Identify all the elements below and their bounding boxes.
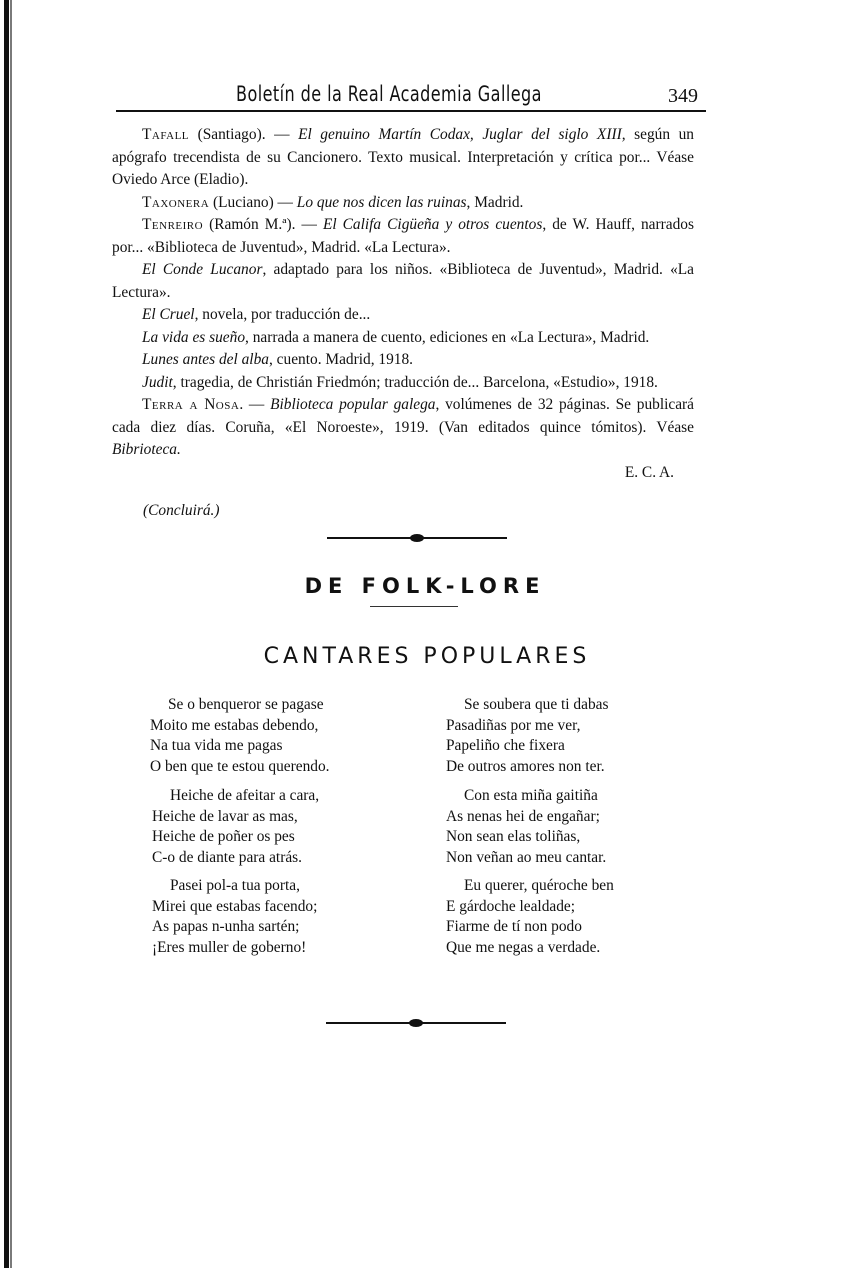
stanza-3: Heiche de afeitar a cara, Heiche de lava… — [152, 786, 319, 868]
entry-el-cruel: El Cruel, novela, por traducción de... — [112, 304, 694, 327]
entry-taxonera: Taxonera (Luciano) — Lo que nos dicen la… — [112, 192, 694, 215]
section-heading-rule — [370, 606, 458, 607]
page-binding-edge — [4, 0, 9, 1268]
ornamental-divider-top — [327, 537, 507, 539]
page-number: 349 — [668, 85, 698, 108]
header-rule — [116, 110, 706, 112]
bibliography-list: Tafall (Santiago). — El genuino Martín C… — [112, 124, 694, 484]
stanza-5: Pasei pol-a tua porta, Mirei que estabas… — [152, 876, 317, 958]
entry-terra-a-nosa: Terra a Nosa. — Biblioteca popular galeg… — [112, 394, 694, 462]
stanza-4: Con esta miña gaitiña As nenas hei de en… — [446, 786, 606, 868]
stanza-6: Eu querer, quéroche ben E gárdoche leald… — [446, 876, 614, 958]
entry-tenreiro: Tenreiro (Ramón M.ª). — El Califa Cigüeñ… — [112, 214, 694, 259]
entry-vida-es-sueno: La vida es sueño, narrada a manera de cu… — [112, 327, 694, 350]
entry-lunes-antes-del-alba: Lunes antes del alba, cuento. Madrid, 19… — [112, 349, 694, 372]
section-subheading: CANTARES POPULARES — [0, 644, 850, 669]
stanza-1: Se o benqueror se pagase Moito me estaba… — [150, 695, 330, 777]
to-be-continued-note: (Concluirá.) — [143, 502, 220, 520]
journal-title: Boletín de la Real Academia Gallega — [236, 82, 542, 106]
entry-judit: Judit, tragedia, de Christián Friedmón; … — [112, 372, 694, 395]
stanza-2: Se soubera que ti dabas Pasadiñas por me… — [446, 695, 608, 777]
entry-tafall: Tafall (Santiago). — El genuino Martín C… — [112, 124, 694, 192]
author-signature: E. C. A. — [112, 462, 694, 485]
ornamental-divider-bottom — [326, 1022, 506, 1024]
section-heading: DE FOLK-LORE — [0, 574, 850, 598]
page-binding-shadow — [10, 0, 12, 1268]
running-header: Boletín de la Real Academia Gallega 349 — [116, 78, 706, 112]
entry-conde-lucanor: El Conde Lucanor, adaptado para los niño… — [112, 259, 694, 304]
